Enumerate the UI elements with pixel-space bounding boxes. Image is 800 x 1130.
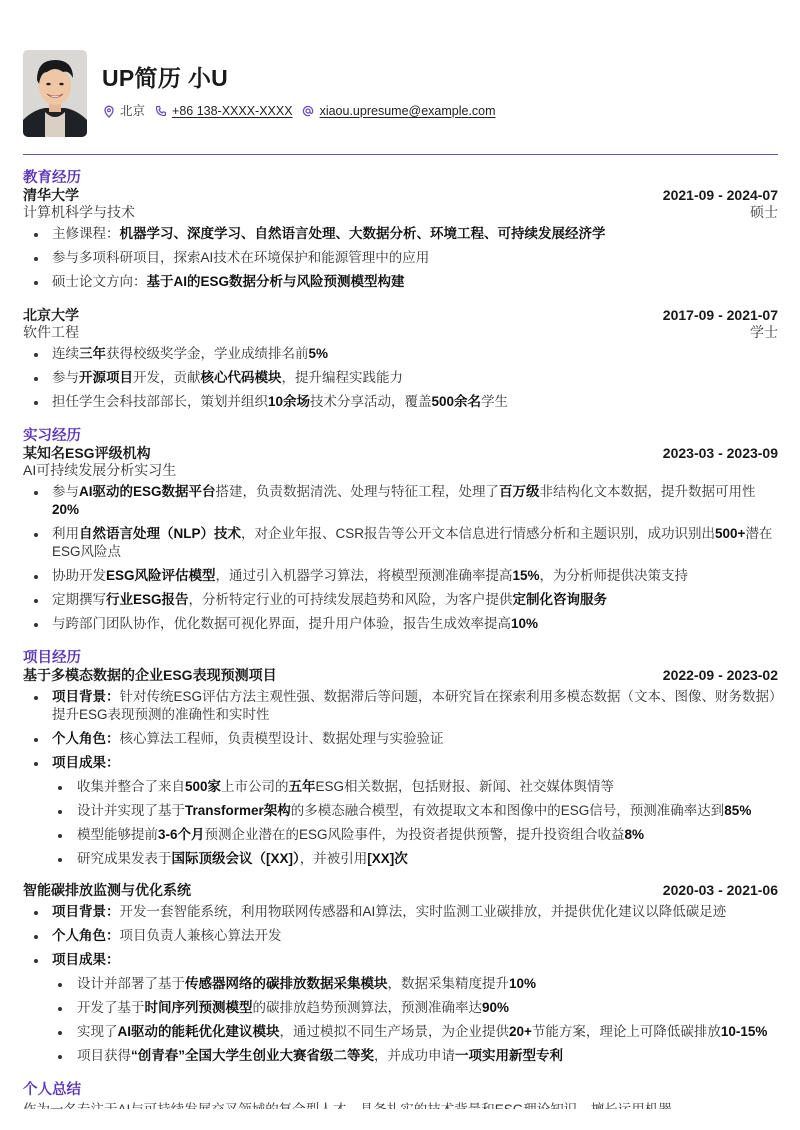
section-summary: 个人总结 作为一名专注于AI与可持续发展交叉领域的复合型人才，具备扎实的技术背景… (23, 1081, 778, 1109)
list-item: 项目获得“创青春”全国大学生创业大赛省级二等奖，并成功申请一项实用新型专利 (52, 1047, 778, 1065)
education-bullets: 连续三年获得校级奖学金，学业成绩排名前5%参与开源项目开发，贡献核心代码模块，提… (23, 345, 778, 411)
school-name: 清华大学 (23, 187, 79, 204)
map-pin-icon (102, 105, 115, 118)
list-item: 设计并部署了基于传感器网络的碳排放数据采集模块，数据采集精度提升10% (52, 975, 778, 993)
internship-entry: 某知名ESG评级机构2023-03 - 2023-09 AI可持续发展分析实习生… (23, 445, 778, 633)
section-title-summary: 个人总结 (23, 1081, 778, 1099)
list-item: 模型能够提前3-6个月预测企业潜在的ESG风险事件，为投资者提供预警，提升投资组… (52, 826, 778, 844)
list-item: 利用自然语言处理（NLP）技术，对企业年报、CSR报告等公开文本信息进行情感分析… (23, 525, 778, 561)
list-item: 担任学生会科技部部长，策划并组织10余场技术分享活动，覆盖500余名学生 (23, 393, 778, 411)
list-item: 硕士论文方向：基于AI的ESG数据分析与风险预测模型构建 (23, 273, 778, 291)
project-role: 个人角色：核心算法工程师，负责模型设计、数据处理与实验验证 (23, 730, 778, 748)
education-entry: 北京大学2017-09 - 2021-07 软件工程学士 连续三年获得校级奖学金… (23, 307, 778, 411)
list-item: 主修课程：机器学习、深度学习、自然语言处理、大数据分析、环境工程、可持续发展经济… (23, 225, 778, 243)
project-bullets: 项目背景：开发一套智能系统，利用物联网传感器和AI算法，实时监测工业碳排放，并提… (23, 903, 778, 1065)
contact-row: 北京 +86 138-XXXX-XXXX xiaou.upresume@exam… (102, 102, 505, 120)
list-item: 收集并整合了来自500家上市公司的五年ESG相关数据，包括财报、新闻、社交媒体舆… (52, 778, 778, 796)
section-education: 教育经历 清华大学2021-09 - 2024-07 计算机科学与技术硕士 主修… (23, 169, 778, 411)
section-internship: 实习经历 某知名ESG评级机构2023-03 - 2023-09 AI可持续发展… (23, 427, 778, 633)
project-results-list: 收集并整合了来自500家上市公司的五年ESG相关数据，包括财报、新闻、社交媒体舆… (52, 778, 778, 868)
education-date: 2017-09 - 2021-07 (663, 307, 778, 324)
job-role: AI可持续发展分析实习生 (23, 462, 176, 479)
email-link[interactable]: xiaou.upresume@example.com (320, 102, 496, 120)
project-entry: 基于多模态数据的企业ESG表现预测项目2022-09 - 2023-02 项目背… (23, 667, 778, 868)
list-item: 与跨部门团队协作，优化数据可视化界面，提升用户体验，报告生成效率提高10% (23, 615, 778, 633)
contact-location: 北京 (102, 102, 145, 120)
education-bullets: 主修课程：机器学习、深度学习、自然语言处理、大数据分析、环境工程、可持续发展经济… (23, 225, 778, 291)
school-name: 北京大学 (23, 307, 79, 324)
internship-bullets: 参与AI驱动的ESG数据平台搭建，负责数据清洗、处理与特征工程，处理了百万级非结… (23, 483, 778, 633)
project-role: 个人角色：项目负责人兼核心算法开发 (23, 927, 778, 945)
list-item: 定期撰写行业ESG报告，分析特定行业的可持续发展趋势和风险，为客户提供定制化咨询… (23, 591, 778, 609)
location-text: 北京 (120, 102, 145, 120)
major: 计算机科学与技术 (23, 204, 135, 221)
list-item: 协助开发ESG风险评估模型，通过引入机器学习算法，将模型预测准确率提高15%，为… (23, 567, 778, 585)
list-item: 参与多项科研项目，探索AI技术在环境保护和能源管理中的应用 (23, 249, 778, 267)
resume-page: UP简历 小U 北京 +86 138-XXXX-XXXX (0, 0, 800, 1109)
project-results-list: 设计并部署了基于传感器网络的碳排放数据采集模块，数据采集精度提升10%开发了基于… (52, 975, 778, 1065)
project-results: 项目成果： 设计并部署了基于传感器网络的碳排放数据采集模块，数据采集精度提升10… (23, 951, 778, 1065)
section-projects: 项目经历 基于多模态数据的企业ESG表现预测项目2022-09 - 2023-0… (23, 649, 778, 1065)
list-item: 实现了AI驱动的能耗优化建议模块，通过模拟不同生产场景，为企业提供20+节能方案… (52, 1023, 778, 1041)
company-name: 某知名ESG评级机构 (23, 445, 151, 462)
project-date: 2022-09 - 2023-02 (663, 667, 778, 684)
header-info: UP简历 小U 北京 +86 138-XXXX-XXXX (102, 50, 505, 120)
list-item: 设计并实现了基于Transformer架构的多模态融合模型，有效提取文本和图像中… (52, 802, 778, 820)
education-entry: 清华大学2021-09 - 2024-07 计算机科学与技术硕士 主修课程：机器… (23, 187, 778, 291)
project-entry: 智能碳排放监测与优化系统2020-03 - 2021-06 项目背景：开发一套智… (23, 882, 778, 1065)
project-name: 智能碳排放监测与优化系统 (23, 882, 191, 899)
project-name: 基于多模态数据的企业ESG表现预测项目 (23, 667, 277, 684)
project-bullets: 项目背景：针对传统ESG评估方法主观性强、数据滞后等问题，本研究旨在探索利用多模… (23, 688, 778, 868)
resume-header: UP简历 小U 北京 +86 138-XXXX-XXXX (23, 0, 778, 138)
project-date: 2020-03 - 2021-06 (663, 882, 778, 899)
at-sign-icon (302, 105, 315, 118)
contact-phone: +86 138-XXXX-XXXX (154, 102, 293, 120)
section-title-internship: 实习经历 (23, 427, 778, 445)
candidate-name: UP简历 小U (102, 62, 505, 94)
list-item: 研究成果发表于国际顶级会议（[XX]），并被引用[XX]次 (52, 850, 778, 868)
list-item: 连续三年获得校级奖学金，学业成绩排名前5% (23, 345, 778, 363)
summary-text: 作为一名专注于AI与可持续发展交叉领域的复合型人才，具备扎实的技术背景和ESG理… (23, 1101, 778, 1109)
list-item: 开发了基于时间序列预测模型的碳排放趋势预测算法，预测准确率达90% (52, 999, 778, 1017)
section-title-projects: 项目经历 (23, 649, 778, 667)
degree: 硕士 (750, 204, 778, 221)
list-item: 参与AI驱动的ESG数据平台搭建，负责数据清洗、处理与特征工程，处理了百万级非结… (23, 483, 778, 519)
section-title-education: 教育经历 (23, 169, 778, 187)
list-item: 参与开源项目开发，贡献核心代码模块，提升编程实践能力 (23, 369, 778, 387)
project-results: 项目成果： 收集并整合了来自500家上市公司的五年ESG相关数据，包括财报、新闻… (23, 754, 778, 868)
project-background: 项目背景：开发一套智能系统，利用物联网传感器和AI算法，实时监测工业碳排放，并提… (23, 903, 778, 921)
education-date: 2021-09 - 2024-07 (663, 187, 778, 204)
internship-date: 2023-03 - 2023-09 (663, 445, 778, 462)
avatar-photo (23, 50, 87, 137)
phone-link[interactable]: +86 138-XXXX-XXXX (172, 102, 293, 120)
major: 软件工程 (23, 324, 79, 341)
project-background: 项目背景：针对传统ESG评估方法主观性强、数据滞后等问题，本研究旨在探索利用多模… (23, 688, 778, 724)
header-divider (23, 154, 778, 155)
contact-email: xiaou.upresume@example.com (302, 102, 496, 120)
degree: 学士 (750, 324, 778, 341)
phone-icon (154, 105, 167, 118)
